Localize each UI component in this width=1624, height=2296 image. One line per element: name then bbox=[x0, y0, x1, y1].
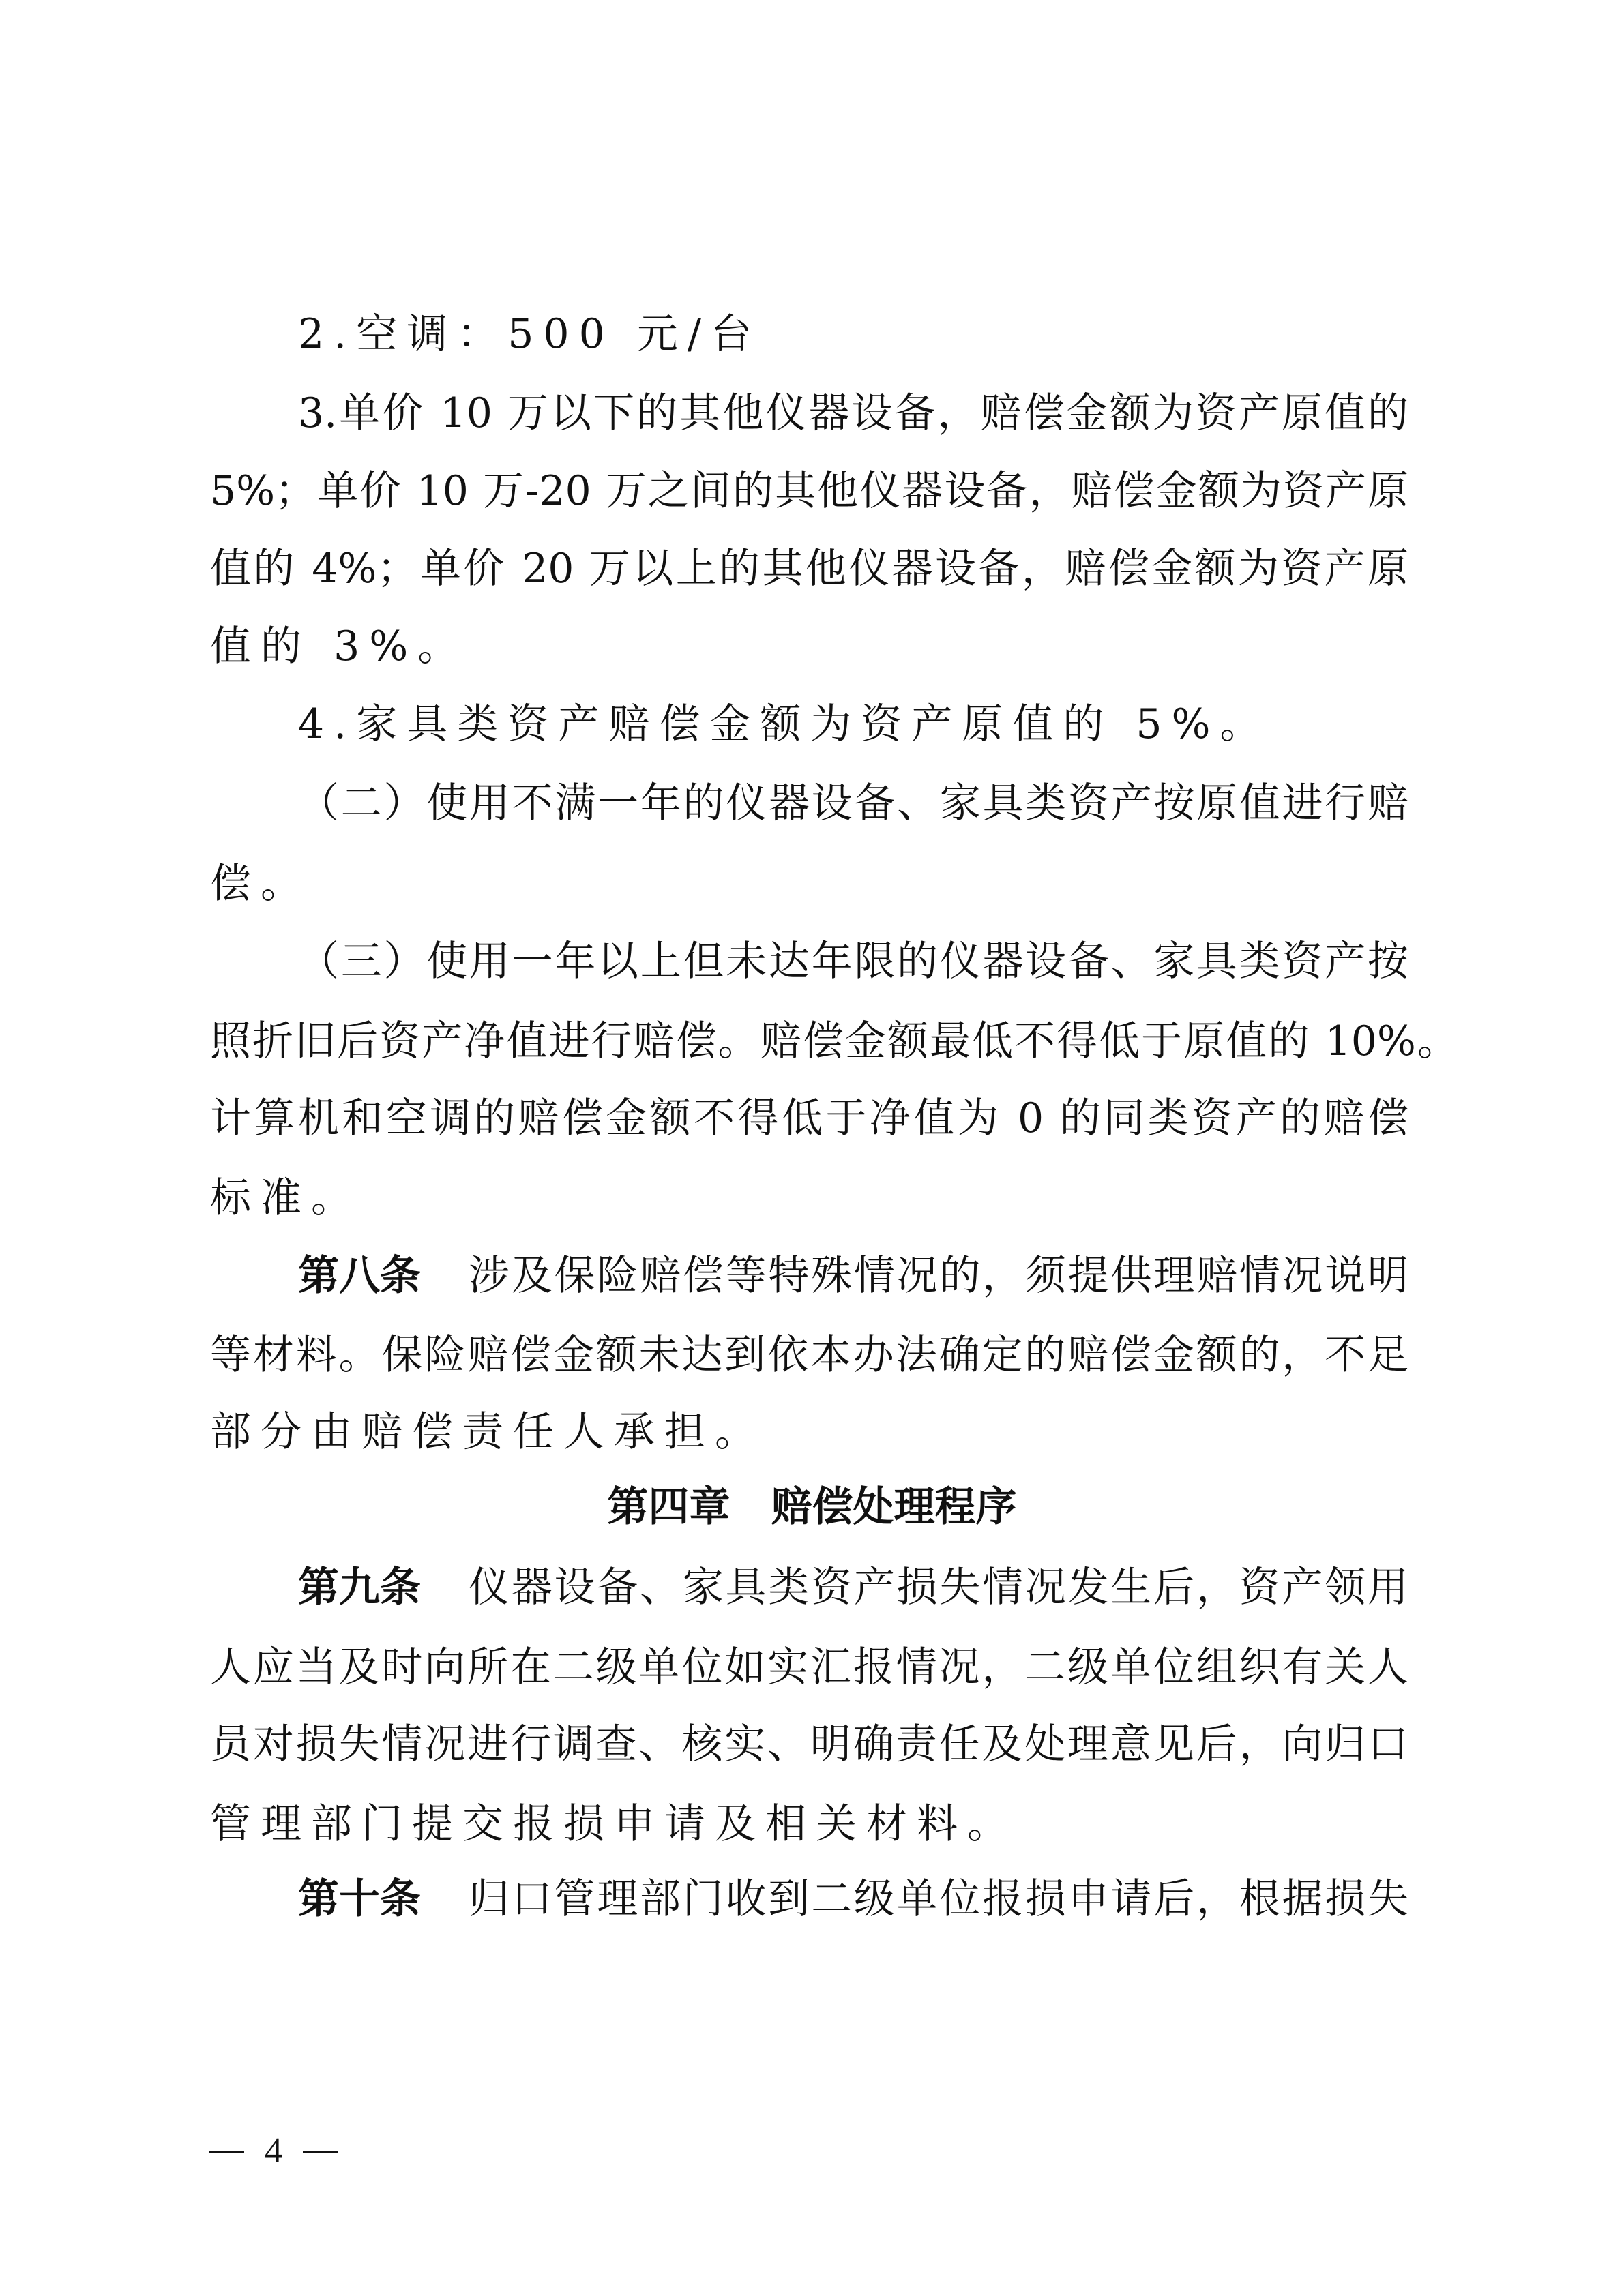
article-8-line-3: 部分由赔偿责任人承担。 bbox=[210, 1405, 1408, 1459]
article-9-text-1: 仪器设备、家具类资产损失情况发生后，资产领用 bbox=[469, 1560, 1408, 1615]
article-9-line-4: 管理部门提交报损申请及相关材料。 bbox=[210, 1797, 1408, 1851]
article-9-line-2: 人应当及时向所在二级单位如实汇报情况，二级单位组织有关人 bbox=[210, 1640, 1408, 1695]
document-page: 2.空调：500 元/台 3.单价 10 万以下的其他仪器设备，赔偿金额为资产原… bbox=[0, 0, 1624, 2296]
chapter-number: 第四章 bbox=[608, 1483, 730, 1531]
item-4-furniture: 4.家具类资产赔偿金额为资产原值的 5%。 bbox=[298, 697, 1408, 751]
item-2-air-conditioner: 2.空调：500 元/台 bbox=[298, 307, 1408, 361]
article-10-line-1: 第十条 归口管理部门收到二级单位报损申请后，根据损失 bbox=[298, 1872, 1408, 1926]
chapter-heading: 第四章赔偿处理程序 bbox=[0, 1480, 1624, 1534]
clause-3-line-3: 计算机和空调的赔偿金额不得低于净值为 0 的同类资产的赔偿 bbox=[210, 1091, 1408, 1146]
clause-3-line-2: 照折旧后资产净值进行赔偿。赔偿金额最低不得低于原值的 10%。 bbox=[210, 1014, 1458, 1069]
page-footer: 4 bbox=[209, 2131, 338, 2172]
article-9-line-1: 第九条 仪器设备、家具类资产损失情况发生后，资产领用 bbox=[298, 1560, 1408, 1615]
clause-2-line-1: （二）使用不满一年的仪器设备、家具类资产按原值进行赔 bbox=[298, 776, 1408, 831]
right-dash bbox=[303, 2151, 338, 2153]
item-3-line-1: 3.单价 10 万以下的其他仪器设备，赔偿金额为资产原值的 bbox=[298, 386, 1408, 441]
left-dash bbox=[209, 2151, 244, 2153]
clause-2-line-2: 偿。 bbox=[210, 856, 1408, 911]
article-10-text-1: 归口管理部门收到二级单位报损申请后，根据损失 bbox=[469, 1872, 1408, 1926]
chapter-title: 赔偿处理程序 bbox=[771, 1483, 1017, 1531]
article-8-text-1: 涉及保险赔偿等特殊情况的，须提供理赔情况说明 bbox=[469, 1249, 1408, 1303]
article-8-line-2: 等材料。保险赔偿金额未达到依本办法确定的赔偿金额的，不足 bbox=[210, 1328, 1408, 1382]
article-8-line-1: 第八条 涉及保险赔偿等特殊情况的，须提供理赔情况说明 bbox=[298, 1249, 1408, 1303]
item-3-line-4: 值的 3%。 bbox=[210, 619, 1408, 674]
article-9-label: 第九条 bbox=[298, 1560, 421, 1615]
item-3-line-3: 值的 4%；单价 20 万以上的其他仪器设备，赔偿金额为资产原 bbox=[210, 541, 1408, 596]
clause-3-line-1: （三）使用一年以上但未达年限的仪器设备、家具类资产按 bbox=[298, 934, 1408, 989]
clause-3-line-4: 标准。 bbox=[210, 1171, 1408, 1225]
page-number: 4 bbox=[265, 2131, 282, 2172]
article-10-label: 第十条 bbox=[298, 1872, 421, 1926]
article-8-label: 第八条 bbox=[298, 1249, 421, 1303]
article-9-line-3: 员对损失情况进行调查、核实、明确责任及处理意见后，向归口 bbox=[210, 1717, 1408, 1772]
item-3-line-2: 5%；单价 10 万-20 万之间的其他仪器设备，赔偿金额为资产原 bbox=[210, 464, 1408, 518]
